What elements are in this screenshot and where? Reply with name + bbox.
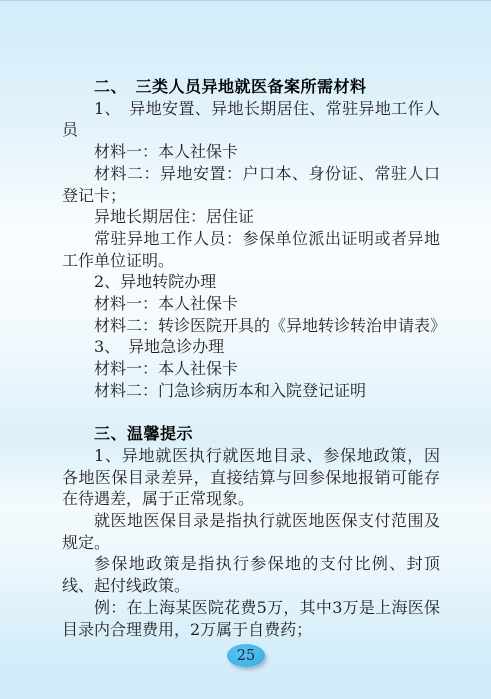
section-heading-tips: 三、温馨提示 [62, 423, 440, 445]
paragraph: 常驻异地工作人员：参保单位派出证明或者异地工作单位证明。 [62, 228, 440, 271]
page-number: 25 [237, 648, 255, 664]
paragraph: 例：在上海某医院花费5万，其中3万是上海医保目录内合理费用，2万属于自费药； [62, 597, 440, 640]
paragraph: 3、 异地急诊办理 [62, 336, 440, 358]
paragraph: 就医地医保目录是指执行就医地医保支付范围及规定。 [62, 510, 440, 553]
document-page: 二、 三类人员异地就医备案所需材料 1、 异地安置、异地长期居住、常驻异地工作人… [0, 0, 491, 699]
paragraph: 材料二：转诊医院开具的《异地转诊转治申请表》 [62, 315, 440, 337]
page-number-badge: 25 [227, 644, 265, 667]
page-content: 二、 三类人员异地就医备案所需材料 1、 异地安置、异地长期居住、常驻异地工作人… [62, 76, 440, 640]
section-heading-materials: 二、 三类人员异地就医备案所需材料 [62, 76, 440, 98]
paragraph: 异地长期居住：居住证 [62, 206, 440, 228]
paragraph: 材料一：本人社保卡 [62, 358, 440, 380]
paragraph: 材料一：本人社保卡 [62, 293, 440, 315]
paragraph: 材料二：异地安置：户口本、身份证、常驻人口登记卡； [62, 163, 440, 206]
paragraph: 材料一：本人社保卡 [62, 141, 440, 163]
paragraph: 材料二：门急诊病历本和入院登记证明 [62, 380, 440, 402]
paragraph: 2、异地转院办理 [62, 271, 440, 293]
paragraph: 参保地政策是指执行参保地的支付比例、封顶线、起付线政策。 [62, 553, 440, 596]
paragraph: 1、异地就医执行就医地目录、参保地政策，因各地医保目录差异，直接结算与回参保地报… [62, 445, 440, 510]
paragraph: 1、 异地安置、异地长期居住、常驻异地工作人员 [62, 98, 440, 141]
